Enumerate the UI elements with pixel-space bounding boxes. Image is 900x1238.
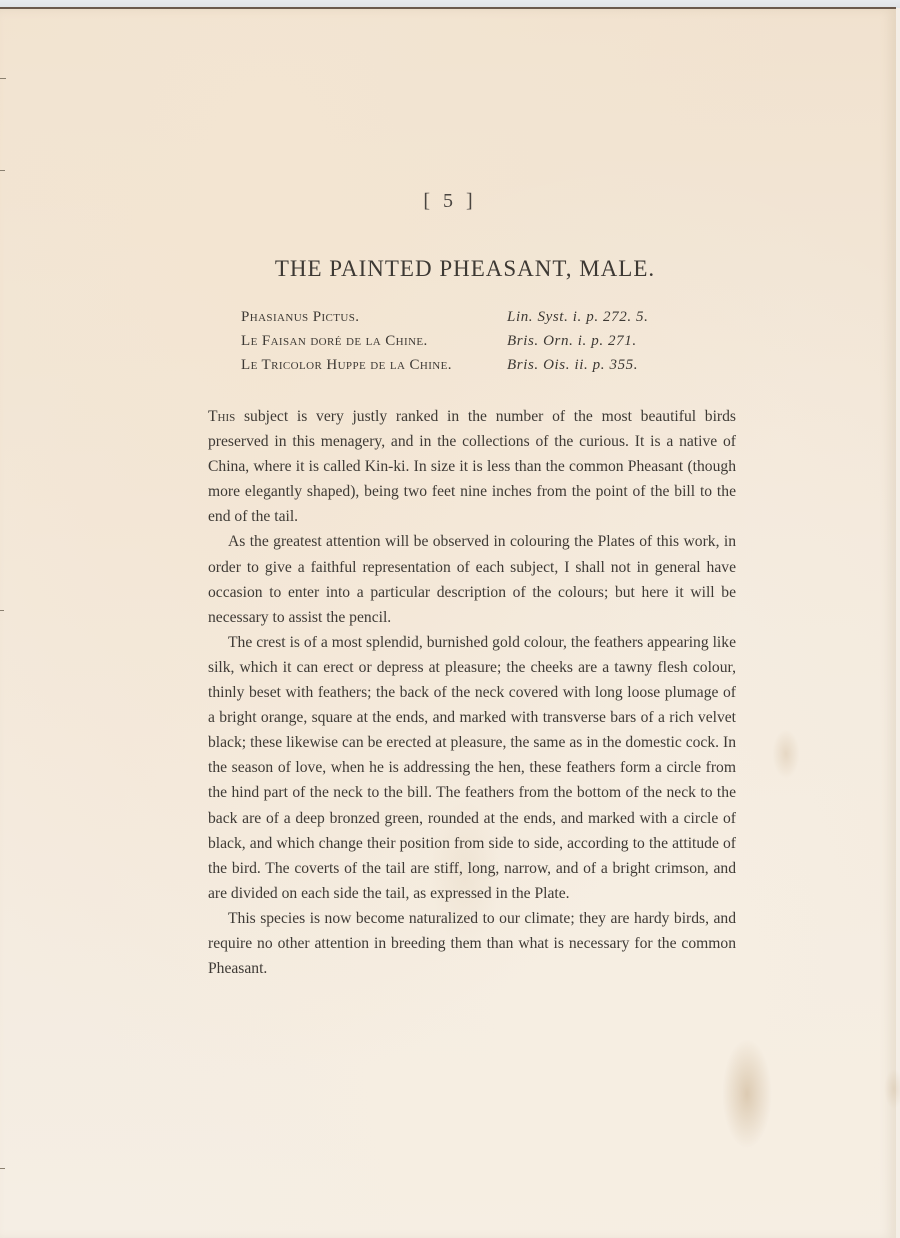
synonym-list: Phasianus Pictus. Lin. Syst. i. p. 272. … (241, 305, 649, 377)
synonym-reference: Lin. Syst. i. p. 272. 5. (507, 305, 649, 329)
synonym-name: Le Faisan doré de la Chine. (241, 329, 507, 353)
foxing-stain (722, 1039, 772, 1149)
synonym-reference: Bris. Orn. i. p. 271. (507, 329, 637, 353)
synonym-row: Phasianus Pictus. Lin. Syst. i. p. 272. … (241, 305, 649, 329)
synonym-reference: Bris. Ois. ii. p. 355. (507, 353, 638, 377)
paragraph-text: subject is very justly ranked in the num… (208, 408, 736, 525)
paragraph-naturalization: This species is now become naturalized t… (208, 906, 736, 981)
synonym-row: Le Tricolor Huppe de la Chine. Bris. Ois… (241, 353, 649, 377)
paragraph-description: The crest is of a most splendid, burnish… (208, 630, 736, 906)
paragraph-lead-word: This (208, 408, 235, 425)
synonym-row: Le Faisan doré de la Chine. Bris. Orn. i… (241, 329, 649, 353)
margin-mark (0, 78, 6, 79)
foxing-stain (772, 729, 800, 779)
body-text: This subject is very justly ranked in th… (208, 404, 736, 981)
foxing-stain (884, 1069, 900, 1109)
paragraph-colouring: As the greatest attention will be observ… (208, 529, 736, 629)
paragraph-intro: This subject is very justly ranked in th… (208, 404, 736, 529)
margin-mark (0, 1168, 5, 1169)
page-number: [ 5 ] (0, 190, 900, 213)
margin-mark (0, 170, 5, 171)
synonym-name: Le Tricolor Huppe de la Chine. (241, 353, 507, 377)
synonym-name: Phasianus Pictus. (241, 305, 507, 329)
margin-mark (0, 610, 4, 611)
page-title: THE PAINTED PHEASANT, MALE. (0, 256, 900, 282)
